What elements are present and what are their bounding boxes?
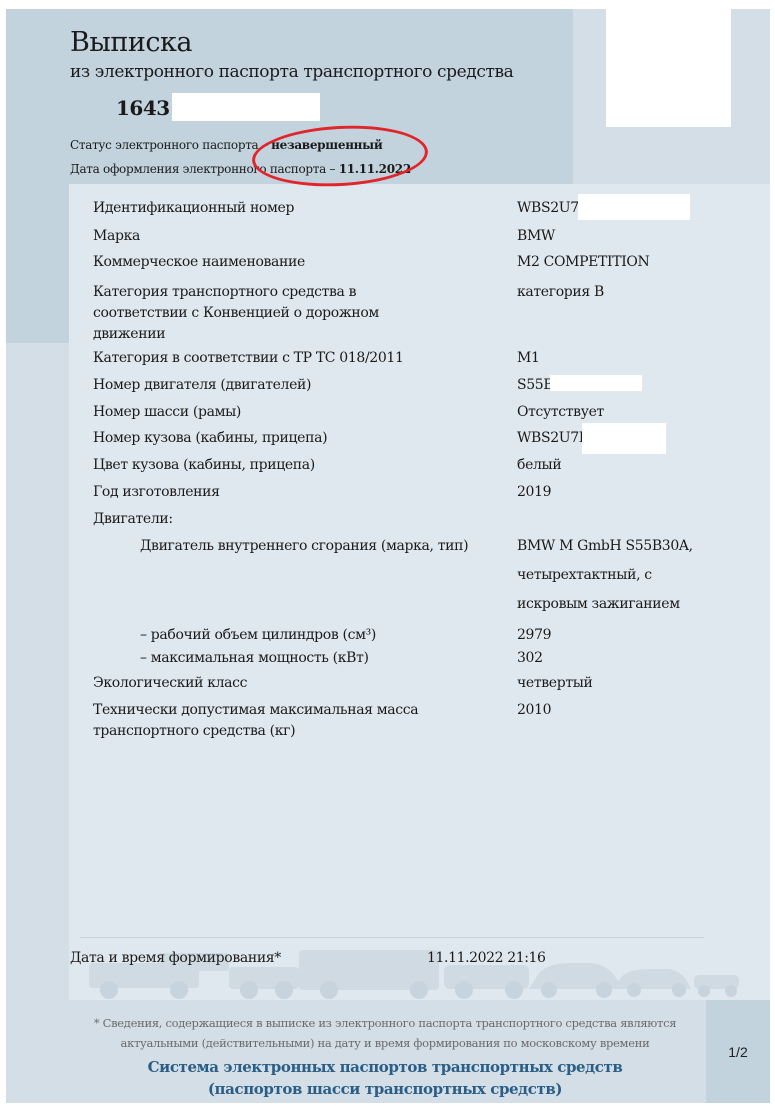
field-value: категория B [517,282,747,303]
field-value: белый [517,455,747,476]
redacted-photo-box [606,9,731,127]
field-label: Номер шасси (рамы) [93,402,423,423]
field-label: Технически допустимая максимальная масса… [93,700,433,742]
field-value-multiline: BMW M GmbH S55B30A, четырехтактный, с ис… [517,532,747,619]
field-label: Цвет кузова (кабины, прицепа) [93,455,423,476]
formation-datetime-label: Дата и время формирования* [70,950,281,966]
document-subtitle: из электронного паспорта транспортного с… [70,62,513,82]
formation-datetime-value: 11.11.2022 21:16 [427,950,546,966]
field-value: Отсутствует [517,402,747,423]
field-label: Двигатель внутреннего сгорания (марка, т… [140,536,490,557]
field-value: четвертый [517,673,747,694]
redaction-box [172,93,320,121]
engines-section-label: Двигатели: [93,509,423,530]
footnote-line: актуальными (действительными) на дату и … [60,1036,710,1050]
field-label: Марка [93,226,423,247]
status-label: Статус электронного паспорта – [70,138,271,152]
field-label: – максимальная мощность (кВт) [140,648,470,669]
redaction-box [582,423,666,454]
system-name-line: (паспортов шасси транспортных средств) [60,1080,710,1098]
redaction-box [550,375,642,391]
footnote-line: * Сведения, содержащиеся в выписке из эл… [60,1016,710,1030]
field-label: Категория транспортного средства в соотв… [93,282,403,345]
divider [80,937,704,938]
field-label: Номер двигателя (двигателей) [93,375,423,396]
value-line: четырехтактный, с [517,561,747,590]
field-label: Коммерческое наименование [93,252,423,273]
field-value: 302 [517,648,747,669]
field-label: Год изготовления [93,482,423,503]
document-title: Выписка [70,27,192,58]
field-value: 2019 [517,482,747,503]
field-label: Номер кузова (кабины, прицепа) [93,428,423,449]
field-value: 2979 [517,625,747,646]
field-label: – рабочий объем цилиндров (см³) [140,625,470,646]
system-name-line: Система электронных паспортов транспортн… [60,1058,710,1076]
page-number: 1/2 [706,1000,770,1103]
field-label: Экологический класс [93,673,423,694]
redaction-box [578,194,690,220]
document-number: 1643 [116,96,170,120]
field-value: 2010 [517,700,747,721]
value-line: BMW M GmbH S55B30A, [517,532,747,561]
field-label: Категория в соответствии с ТР ТС 018/201… [93,348,423,369]
field-label: Идентификационный номер [93,198,423,219]
value-line: искровым зажиганием [517,590,747,619]
field-value: M1 [517,348,747,369]
field-value: M2 COMPETITION [517,252,747,273]
field-value: BMW [517,226,747,247]
